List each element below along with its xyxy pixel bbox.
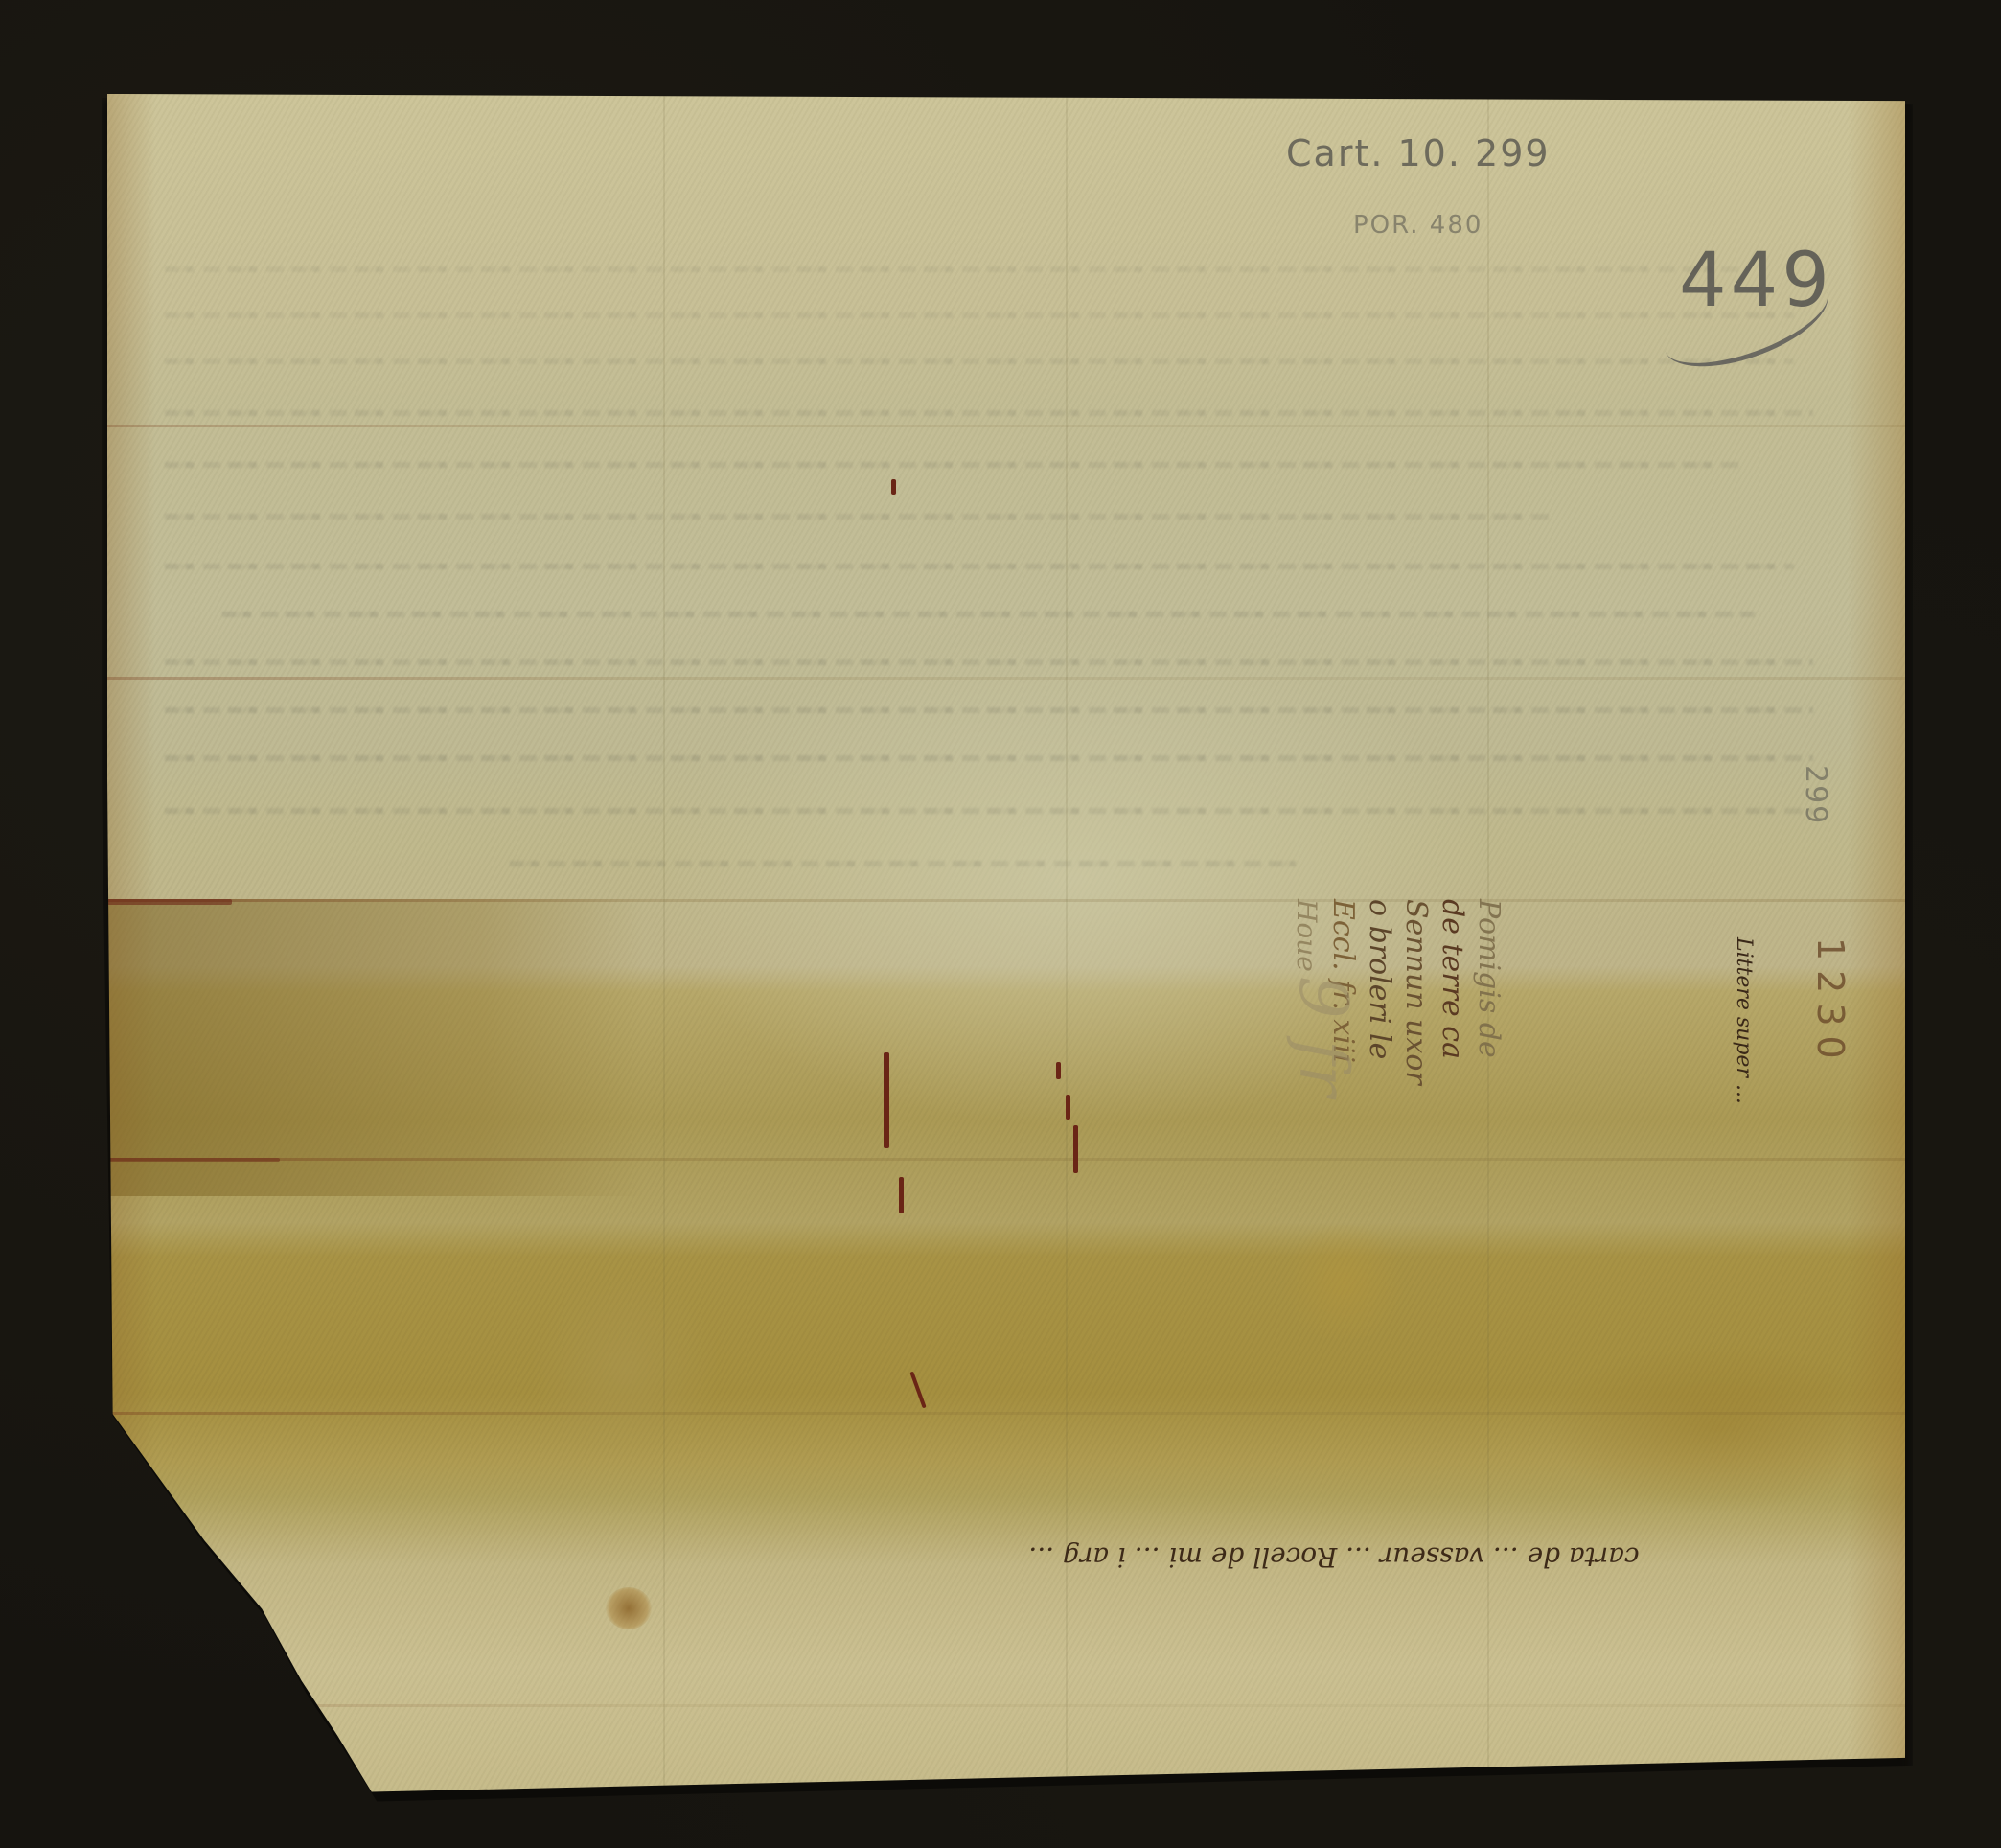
endorsement-line-2: de terre ca [1434,899,1470,1085]
rust-edge-fold-left-2 [107,1158,280,1162]
endorsement-line-4: o broleri le [1361,899,1397,1085]
endorsement-line-3: Sennun uxor [1397,899,1434,1085]
archive-cote-label: Cart. 10. 299 [1286,132,1551,174]
rust-mark-6 [891,479,896,495]
rust-mark-3 [1056,1062,1061,1079]
por-reference-label: POR. 480 [1353,211,1483,240]
fold-line-5 [107,1412,1905,1415]
parchment-sheet: Cart. 10. 299 POR. 480 449 299 1230 Litt… [107,94,1905,1804]
endorsement-bottom-inverted: carta de ... vasseur ... Rocell de mi ..… [970,1541,1698,1573]
rust-edge-fold-left [107,899,232,905]
endorsement-line-1: Pomigis de [1470,899,1506,1085]
fold-line-6 [107,1704,1905,1707]
rust-mark-2 [899,1177,904,1213]
fold-line-3 [107,899,1905,902]
vertical-number-299: 299 [1799,765,1832,825]
rust-mark-1 [884,1052,889,1148]
fold-line-vertical-1 [663,94,665,1804]
fold-line-1 [107,425,1905,427]
fold-line-4 [107,1158,1905,1161]
vertical-date-1230: 1230 [1809,937,1851,1069]
fold-line-2 [107,677,1905,680]
rust-mark-5 [1073,1125,1078,1173]
endorsement-vertical-note: 9 fr [1284,976,1363,1097]
endorsement-vertical-line: Littere super ... [1732,937,1756,1104]
rust-mark-4 [1066,1095,1070,1120]
